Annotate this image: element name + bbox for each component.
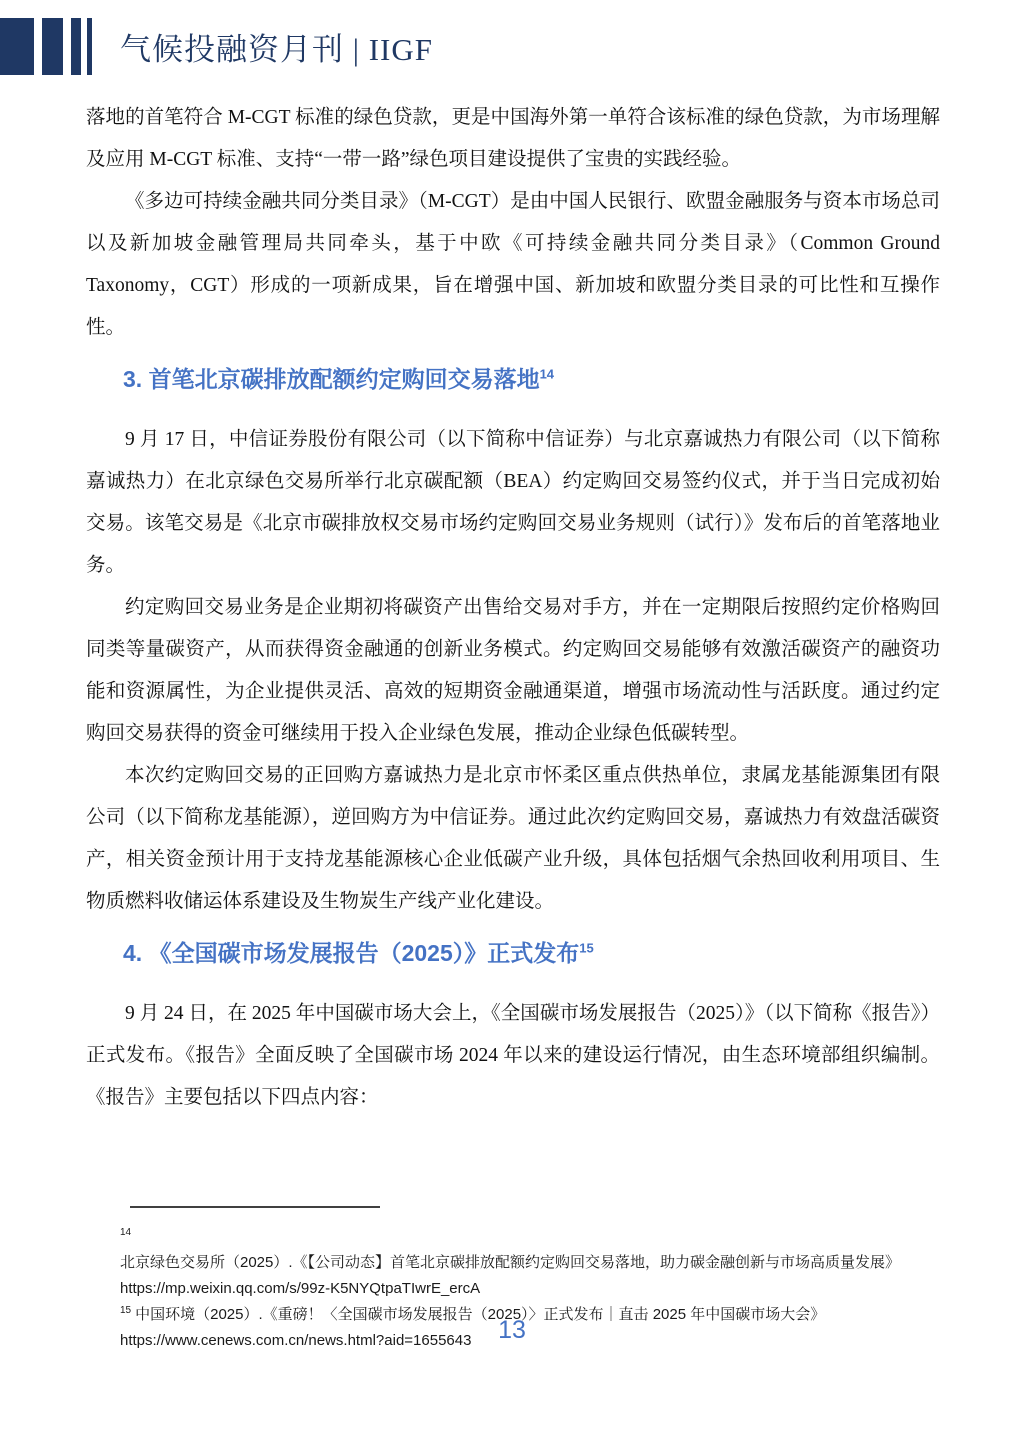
footnote-separator [130,1206,380,1208]
logo-bar-icon [71,18,81,75]
logo-bar-icon [87,18,92,75]
document-body: 落地的首笔符合 M-CGT 标准的绿色贷款，更是中国海外第一单符合该标准的绿色贷… [86,97,940,1119]
paragraph-continuation: 落地的首笔符合 M-CGT 标准的绿色贷款，更是中国海外第一单符合该标准的绿色贷… [86,97,940,181]
journal-title: 气候投融资月刊 | IIGF [120,31,433,69]
footnote-14-text: 北京绿色交易所（2025）.《【公司动态】首笔北京碳排放配额约定购回交易落地，助… [120,1254,900,1271]
logo-bar-icon [0,18,34,75]
paragraph-section3-1: 9 月 17 日，中信证券股份有限公司（以下简称中信证券）与北京嘉诚热力有限公司… [86,419,940,587]
section-heading-4-label: 4. 《全国碳市场发展报告（2025）》正式发布 [123,940,579,966]
paragraph-section4-1: 9 月 24 日，在 2025 年中国碳市场大会上，《全国碳市场发展报告（202… [86,993,940,1119]
section-heading-3-label: 3. 首笔北京碳排放配额约定购回交易落地 [123,366,540,392]
footnote-14: 14北京绿色交易所（2025）.《【公司动态】首笔北京碳排放配额约定购回交易落地… [120,1224,910,1302]
footnote-ref-15: 15 [579,940,593,955]
logo-bar-icon [42,18,63,75]
iigf-logo [0,18,95,75]
document-page: 气候投融资月刊 | IIGF 落地的首笔符合 M-CGT 标准的绿色贷款，更是中… [0,0,1024,1447]
footnote-14-url: https://mp.weixin.qq.com/s/99z-K5NYQtpaT… [120,1276,910,1302]
footnote-14-ref: 14 [120,1227,131,1238]
paragraph-section3-3: 本次约定购回交易的正回购方嘉诚热力是北京市怀柔区重点供热单位，隶属龙基能源集团有… [86,755,940,923]
section-heading-3: 3. 首笔北京碳排放配额约定购回交易落地14 [123,363,940,395]
paragraph-section3-2: 约定购回交易业务是企业期初将碳资产出售给交易对手方，并在一定期限后按照约定价格购… [86,587,940,755]
footnote-ref-14: 14 [540,366,554,381]
page-number: 13 [0,1314,1024,1346]
paragraph-mcgt-description: 《多边可持续金融共同分类目录》（M-CGT）是由中国人民银行、欧盟金融服务与资本… [86,181,940,349]
section-heading-4: 4. 《全国碳市场发展报告（2025）》正式发布15 [123,937,940,969]
